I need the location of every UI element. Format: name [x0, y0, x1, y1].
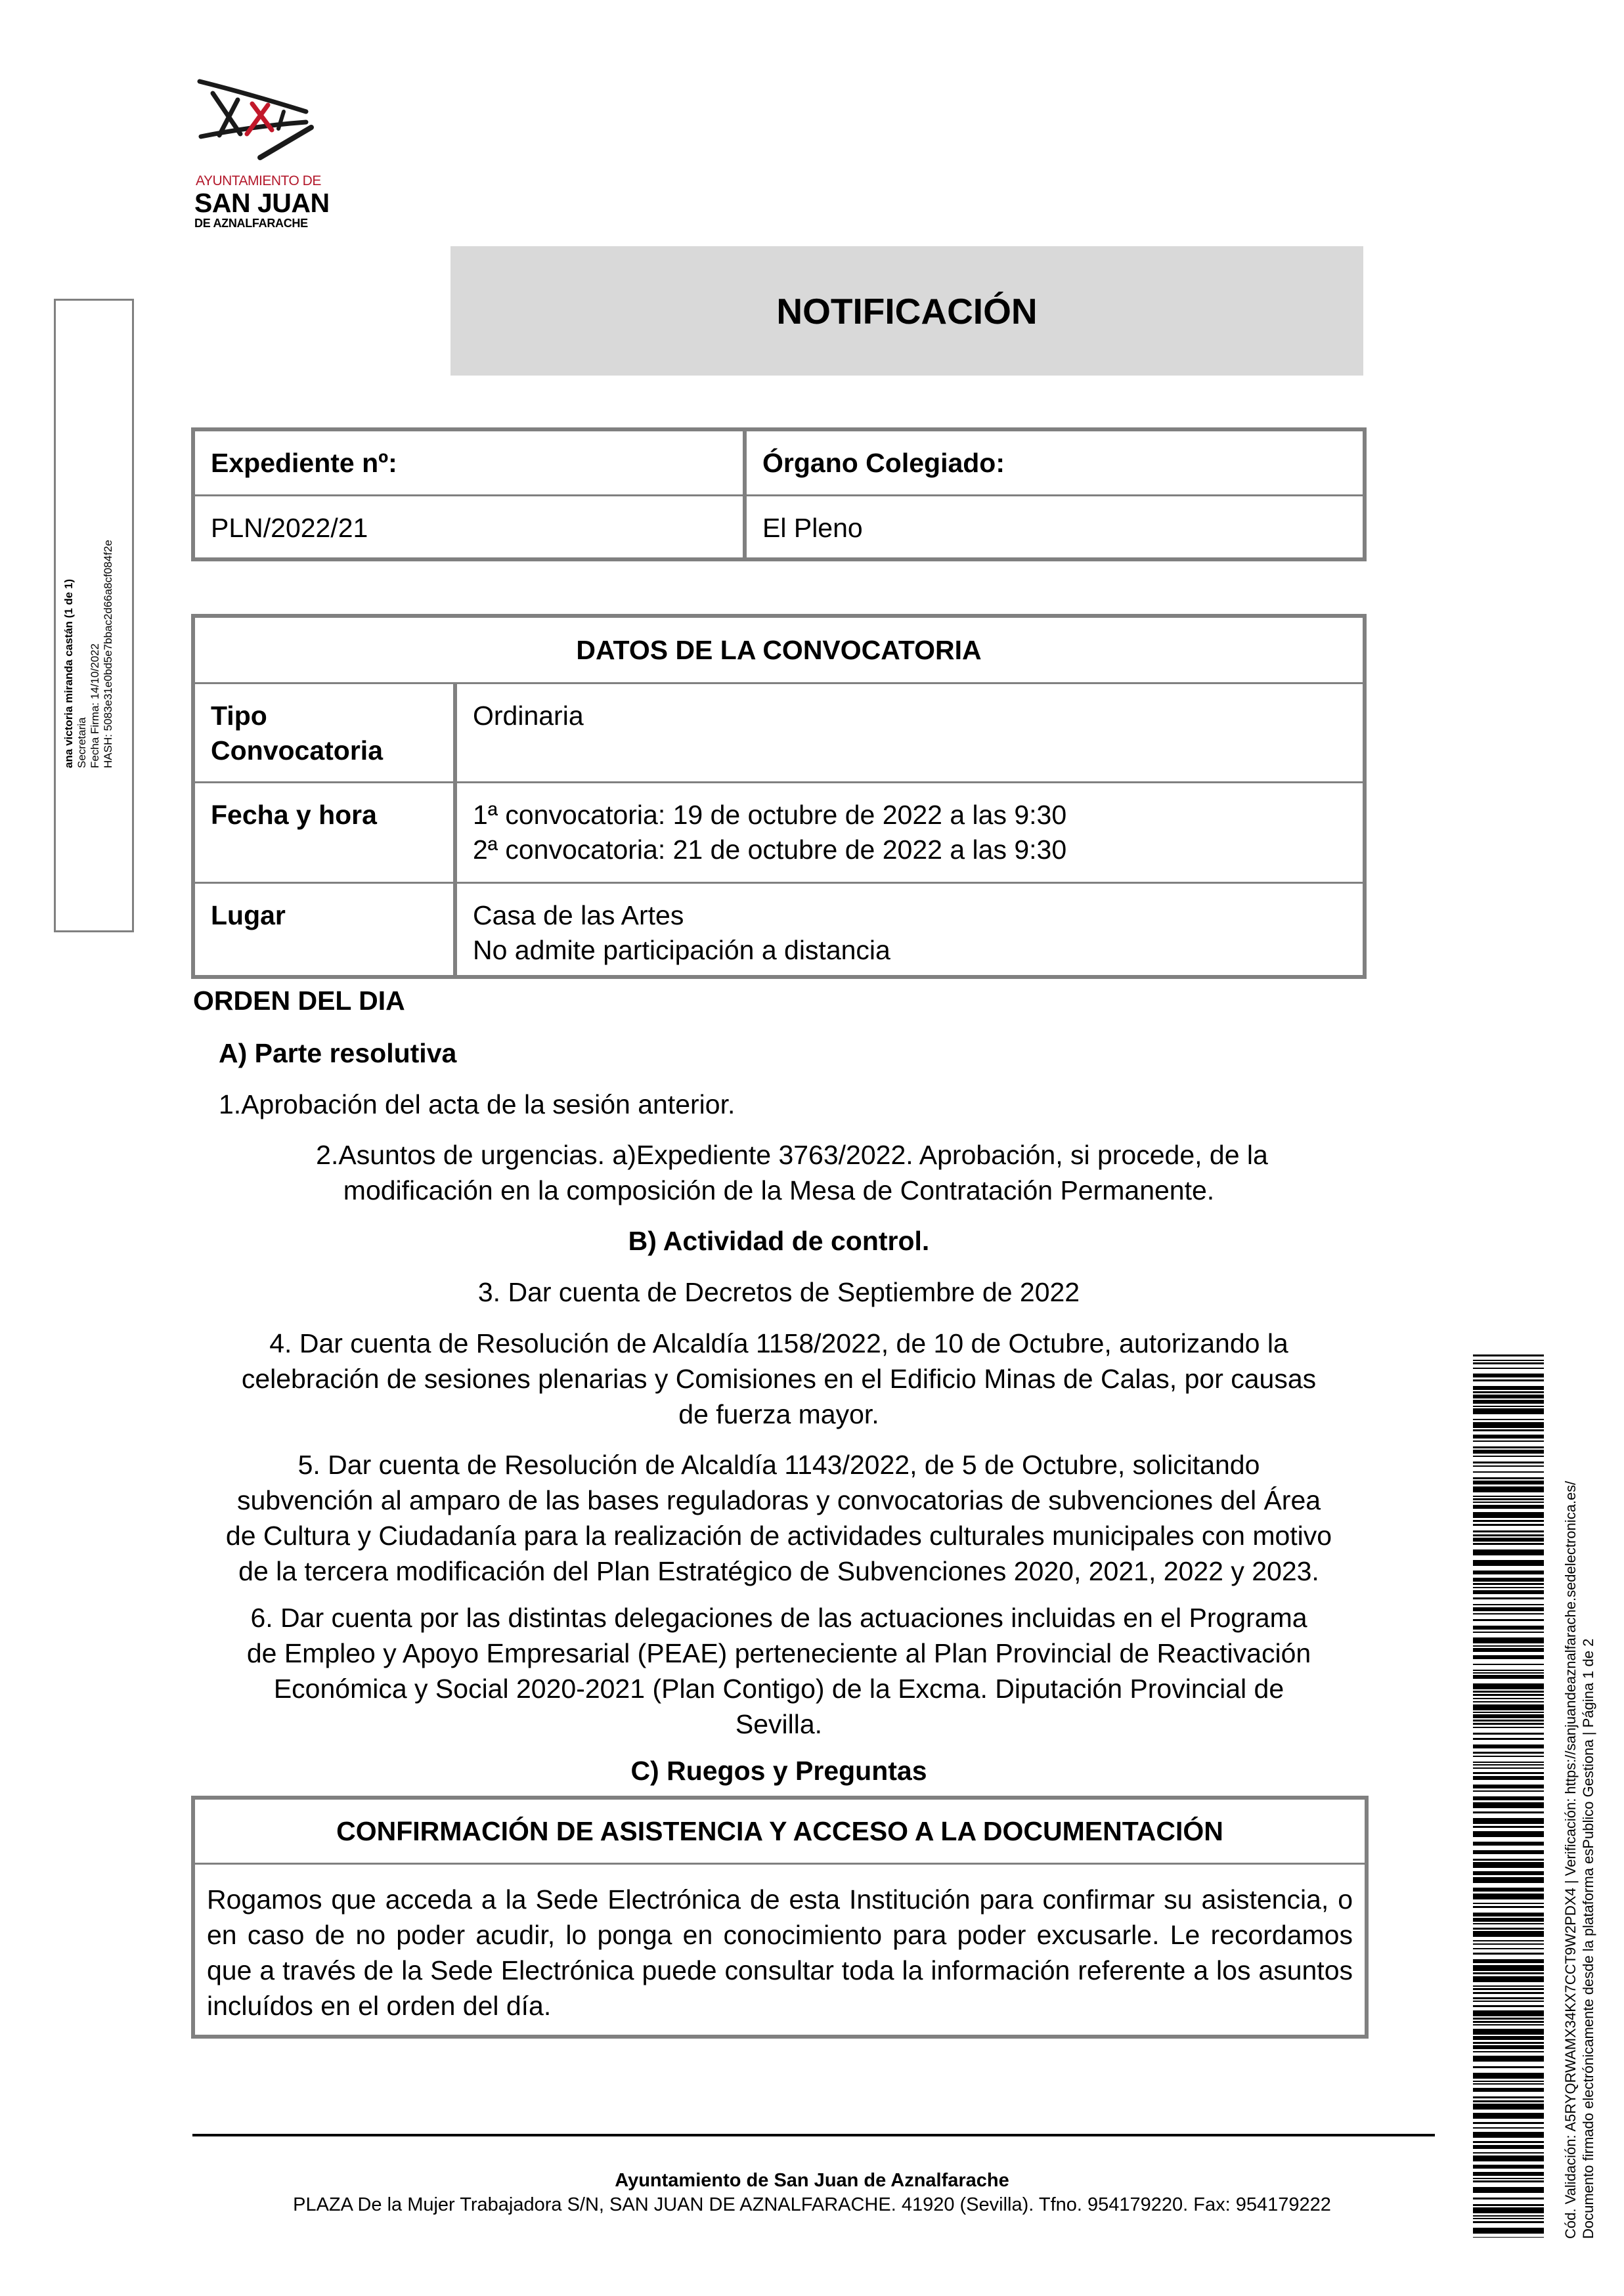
signature-hash: HASH: 5083e31e0bd5e7bbac2d66a8cf084f2e	[102, 540, 115, 768]
signer-role: Secretaria	[76, 540, 89, 768]
signature-text: ana victoria miranda castán (1 de 1) Sec…	[62, 540, 115, 768]
signature-date: Fecha Firma: 14/10/2022	[89, 540, 102, 768]
expediente-value: PLN/2022/21	[195, 496, 743, 559]
logo-emblem-icon	[194, 74, 319, 172]
tipo-value: Ordinaria	[453, 684, 1363, 781]
fecha-value: 1ª convocatoria: 19 de octubre de 2022 a…	[453, 783, 1363, 882]
signer-name: ana victoria miranda castán (1 de 1)	[62, 540, 76, 768]
verification-text: Cód. Validación: A5RYQRWAMX34KX7CCT9W2PD…	[1562, 1481, 1597, 2239]
title-banner: NOTIFICACIÓN	[450, 246, 1363, 376]
convocatoria-heading: DATOS DE LA CONVOCATORIA	[195, 618, 1363, 682]
agenda-item-6: 6. Dar cuenta por las distintas delegaci…	[191, 1600, 1367, 1742]
logo-line-3: DE AZNALFARACHE	[194, 217, 308, 230]
fecha-label: Fecha y hora	[195, 783, 453, 882]
organo-label: Órgano Colegiado:	[743, 431, 1363, 494]
agenda-item-4: 4. Dar cuenta de Resolución de Alcaldía …	[191, 1326, 1367, 1432]
barcode-icon	[1473, 1354, 1544, 2238]
agenda-item-3: 3. Dar cuenta de Decretos de Septiembre …	[191, 1274, 1367, 1310]
footer-organization: Ayuntamiento de San Juan de Aznalfarache	[0, 2170, 1624, 2192]
expediente-label: Expediente nº:	[195, 431, 743, 494]
section-c-heading: C) Ruegos y Preguntas	[191, 1753, 1367, 1788]
section-b-heading: B) Actividad de control.	[191, 1223, 1367, 1259]
section-a-heading: A) Parte resolutiva	[219, 1035, 456, 1071]
logo-line-2: SAN JUAN	[194, 188, 330, 219]
validation-code: Cód. Validación: A5RYQRWAMX34KX7CCT9W2PD…	[1562, 1481, 1579, 2239]
agenda-item-2: 2.Asuntos de urgencias. a)Expediente 376…	[191, 1137, 1367, 1208]
page-title: NOTIFICACIÓN	[776, 290, 1037, 332]
orden-heading: ORDEN DEL DIA	[193, 983, 405, 1018]
confirmation-box: CONFIRMACIÓN DE ASISTENCIA Y ACCESO A LA…	[191, 1796, 1369, 2039]
lugar-value: Casa de las Artes No admite participació…	[453, 884, 1363, 975]
tipo-label: Tipo Convocatoria	[195, 684, 453, 781]
organo-value: El Pleno	[743, 496, 1363, 559]
footer-divider	[192, 2134, 1435, 2136]
convocatoria-table: DATOS DE LA CONVOCATORIA Tipo Convocator…	[191, 614, 1367, 979]
confirmation-heading: CONFIRMACIÓN DE ASISTENCIA Y ACCESO A LA…	[195, 1800, 1365, 1865]
signature-stamp: ana victoria miranda castán (1 de 1) Sec…	[54, 299, 134, 932]
logo-line-1: AYUNTAMIENTO DE	[196, 173, 321, 189]
agenda-item-1: 1.Aprobación del acta de la sesión anter…	[219, 1087, 735, 1122]
signature-platform: Documento firmado electrónicamente desde…	[1579, 1481, 1597, 2239]
expediente-table: Expediente nº: Órgano Colegiado: PLN/202…	[191, 427, 1367, 561]
lugar-label: Lugar	[195, 884, 453, 975]
confirmation-body: Rogamos que acceda a la Sede Electrónica…	[195, 1865, 1365, 2024]
validation-barcode	[1473, 1354, 1544, 2238]
footer-address: PLAZA De la Mujer Trabajadora S/N, SAN J…	[0, 2194, 1624, 2216]
agenda-item-5: 5. Dar cuenta de Resolución de Alcaldía …	[191, 1447, 1367, 1589]
municipality-logo: AYUNTAMIENTO DE SAN JUAN DE AZNALFARACHE	[194, 74, 319, 228]
